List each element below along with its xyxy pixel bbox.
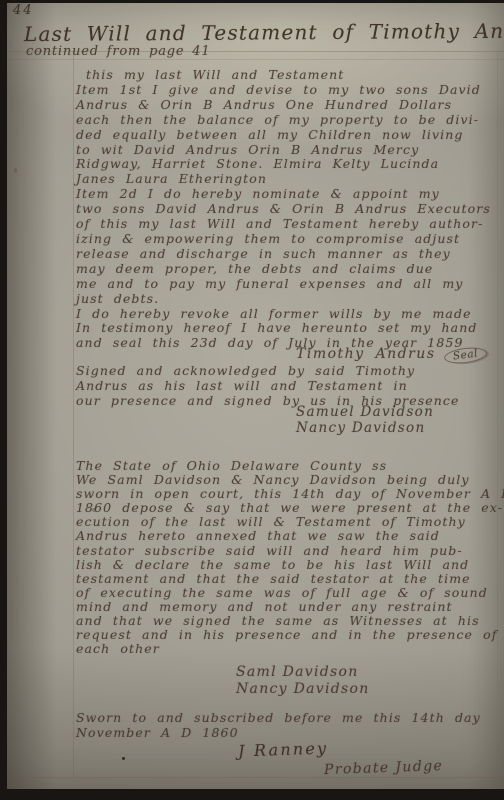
manuscript-line: Ridgway, Harriet Stone. Elmira Kelty Luc… — [76, 157, 491, 172]
page-subtitle: continued from page 41 — [26, 44, 210, 59]
manuscript-line: 1860 depose & say that we were present a… — [76, 501, 504, 515]
manuscript-line: Andrus as his last will and Testament in — [76, 379, 460, 394]
manuscript-line: Signed and acknowledged by said Timothy — [76, 364, 460, 379]
manuscript-line: ded equally between all my Children now … — [76, 128, 491, 143]
manuscript-line: I do hereby revoke all former wills by m… — [76, 307, 491, 322]
page-number: 44 — [13, 3, 34, 18]
jurat-clause: Sworn to and subscribed before me this 1… — [76, 711, 481, 741]
ledger-photo: 44 Last Will and Testament of Timothy An… — [0, 0, 504, 800]
manuscript-line: We Saml Davidson & Nancy Davidson being … — [76, 473, 504, 487]
manuscript-line: testator subscribe said will and heard h… — [76, 544, 504, 558]
seal-mark: Seal — [443, 345, 488, 365]
judge-signature: J Ranney — [238, 738, 329, 760]
manuscript-line: and that we signed the same as Witnesses… — [76, 614, 504, 628]
left-margin-rule — [73, 51, 74, 777]
manuscript-line: Andrus hereto annexed that we saw the sa… — [76, 529, 504, 543]
manuscript-line: mind and memory and not under any restra… — [76, 600, 504, 614]
ink-speck — [14, 168, 17, 173]
manuscript-line: November A D 1860 — [76, 726, 481, 741]
manuscript-line: me and to pay my funeral expenses and al… — [76, 277, 491, 292]
manuscript-line: release and discharge in such manner as … — [76, 247, 491, 262]
testator-name: Timothy Andrus — [296, 346, 436, 362]
manuscript-line: may deem proper, the debts and claims du… — [76, 262, 491, 277]
manuscript-line: In testimony hereof I have hereunto set … — [76, 321, 491, 336]
will-body: this my last Will and TestamentItem 1st … — [76, 68, 491, 351]
testator-signature: Timothy AndrusSeal — [296, 346, 487, 363]
ink-speck — [122, 757, 125, 760]
manuscript-line: Item 1st I give and devise to my two son… — [76, 83, 491, 98]
manuscript-line: Sworn to and subscribed before me this 1… — [76, 711, 481, 726]
manuscript-line: each other — [76, 642, 504, 656]
manuscript-line: to wit David Andrus Orin B Andrus Mercy — [76, 143, 491, 158]
manuscript-line: lish & declare the same to be his last W… — [76, 558, 504, 572]
ink-speck — [92, 508, 96, 512]
manuscript-line: this my last Will and Testament — [86, 68, 491, 83]
header-rule-bottom — [7, 59, 504, 60]
manuscript-line: of this my last Will and Testament hereb… — [76, 217, 491, 232]
manuscript-line: of executing the same was of full age & … — [76, 586, 504, 600]
manuscript-line: just debts. — [76, 292, 491, 307]
witness-signature: Samuel Davidson — [296, 405, 434, 421]
manuscript-line: sworn in open court, this 14th day of No… — [76, 487, 504, 501]
page-title: Last Will and Testament of Timothy Andru… — [24, 18, 504, 46]
witness-signatures-affidavit: Saml DavidsonNancy Davidson — [236, 664, 370, 697]
witness-signature: Nancy Davidson — [296, 421, 434, 437]
witness-signature: Nancy Davidson — [236, 681, 370, 698]
manuscript-line: each then the balance of my property to … — [76, 113, 491, 128]
witness-signature: Saml Davidson — [236, 664, 370, 681]
manuscript-line: The State of Ohio Delaware County ss — [76, 459, 504, 473]
attestation-clause: Signed and acknowledged by said TimothyA… — [76, 364, 460, 409]
manuscript-line: ecution of the last will & Testament of … — [76, 515, 504, 529]
manuscript-line: testament and that the said testator at … — [76, 572, 504, 586]
right-margin-rule — [497, 51, 498, 777]
manuscript-line: Item 2d I do hereby nominate & appoint m… — [76, 187, 491, 202]
probate-affidavit: The State of Ohio Delaware County ssWe S… — [76, 459, 504, 656]
manuscript-line: two sons David Andrus & Orin B Andrus Ex… — [76, 202, 491, 217]
footer-rule — [7, 777, 504, 778]
manuscript-line: Janes Laura Etherington — [76, 172, 491, 187]
manuscript-line: Andrus & Orin B Andrus One Hundred Dolla… — [76, 98, 491, 113]
manuscript-line: request and in his presence and in the p… — [76, 628, 504, 642]
manuscript-line: izing & empowering them to compromise ad… — [76, 232, 491, 247]
witness-signatures-attestation: Samuel DavidsonNancy Davidson — [296, 405, 434, 436]
